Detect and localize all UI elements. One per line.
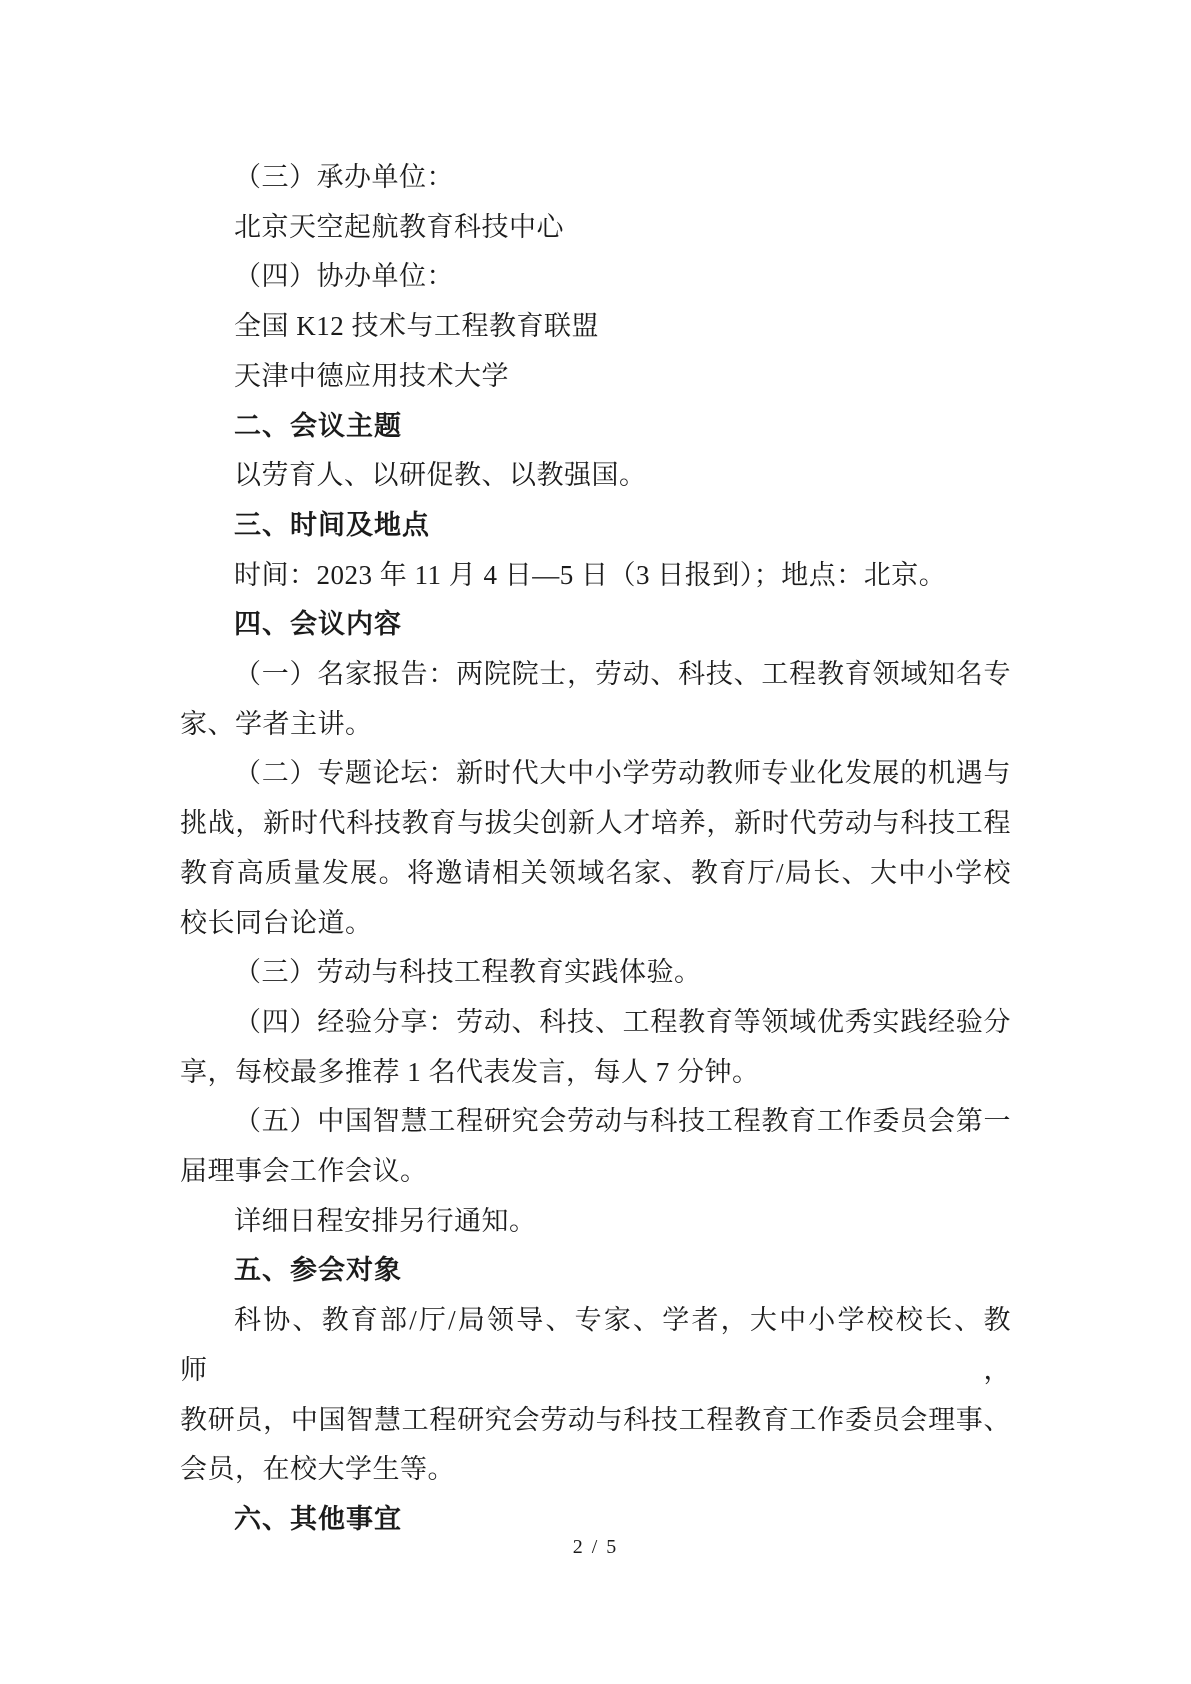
- text-line: （一）名家报告：两院院士，劳动、科技、工程教育领域知名专: [180, 650, 1011, 700]
- text-line: 家、学者主讲。: [180, 700, 1011, 750]
- text-line: 详细日程安排另行通知。: [180, 1197, 1011, 1247]
- text-line: 校长同台论道。: [180, 899, 1011, 949]
- document-body: （三）承办单位：北京天空起航教育科技中心（四）协办单位：全国 K12 技术与工程…: [180, 153, 1011, 1545]
- text-line: （二）专题论坛：新时代大中小学劳动教师专业化发展的机遇与: [180, 749, 1011, 799]
- text-line: （三）承办单位：: [180, 153, 1011, 203]
- text-line: 时间：2023 年 11 月 4 日—5 日（3 日报到）；地点：北京。: [180, 551, 1011, 601]
- text-line: 科协、教育部/厅/局领导、专家、学者，大中小学校校长、教师，: [180, 1296, 1011, 1395]
- section-heading: 五、参会对象: [180, 1246, 1011, 1296]
- page-number: 2 / 5: [0, 1534, 1191, 1560]
- text-line: 挑战，新时代科技教育与拔尖创新人才培养，新时代劳动与科技工程: [180, 799, 1011, 849]
- section-heading: 三、时间及地点: [180, 501, 1011, 551]
- text-line: 届理事会工作会议。: [180, 1147, 1011, 1197]
- text-line: （四）经验分享：劳动、科技、工程教育等领域优秀实践经验分: [180, 998, 1011, 1048]
- text-line: （五）中国智慧工程研究会劳动与科技工程教育工作委员会第一: [180, 1097, 1011, 1147]
- text-line: 教育高质量发展。将邀请相关领域名家、教育厅/局长、大中小学校: [180, 849, 1011, 899]
- text-line: 北京天空起航教育科技中心: [180, 203, 1011, 253]
- document-page: （三）承办单位：北京天空起航教育科技中心（四）协办单位：全国 K12 技术与工程…: [0, 0, 1191, 1684]
- text-line: 全国 K12 技术与工程教育联盟: [180, 302, 1011, 352]
- text-line: 会员，在校大学生等。: [180, 1445, 1011, 1495]
- text-line: 天津中德应用技术大学: [180, 352, 1011, 402]
- text-line: 教研员，中国智慧工程研究会劳动与科技工程教育工作委员会理事、: [180, 1396, 1011, 1446]
- section-heading: 四、会议内容: [180, 600, 1011, 650]
- text-line: （四）协办单位：: [180, 252, 1011, 302]
- section-heading: 二、会议主题: [180, 402, 1011, 452]
- text-line: 享，每校最多推荐 1 名代表发言，每人 7 分钟。: [180, 1048, 1011, 1098]
- text-line: （三）劳动与科技工程教育实践体验。: [180, 948, 1011, 998]
- text-line: 以劳育人、以研促教、以教强国。: [180, 451, 1011, 501]
